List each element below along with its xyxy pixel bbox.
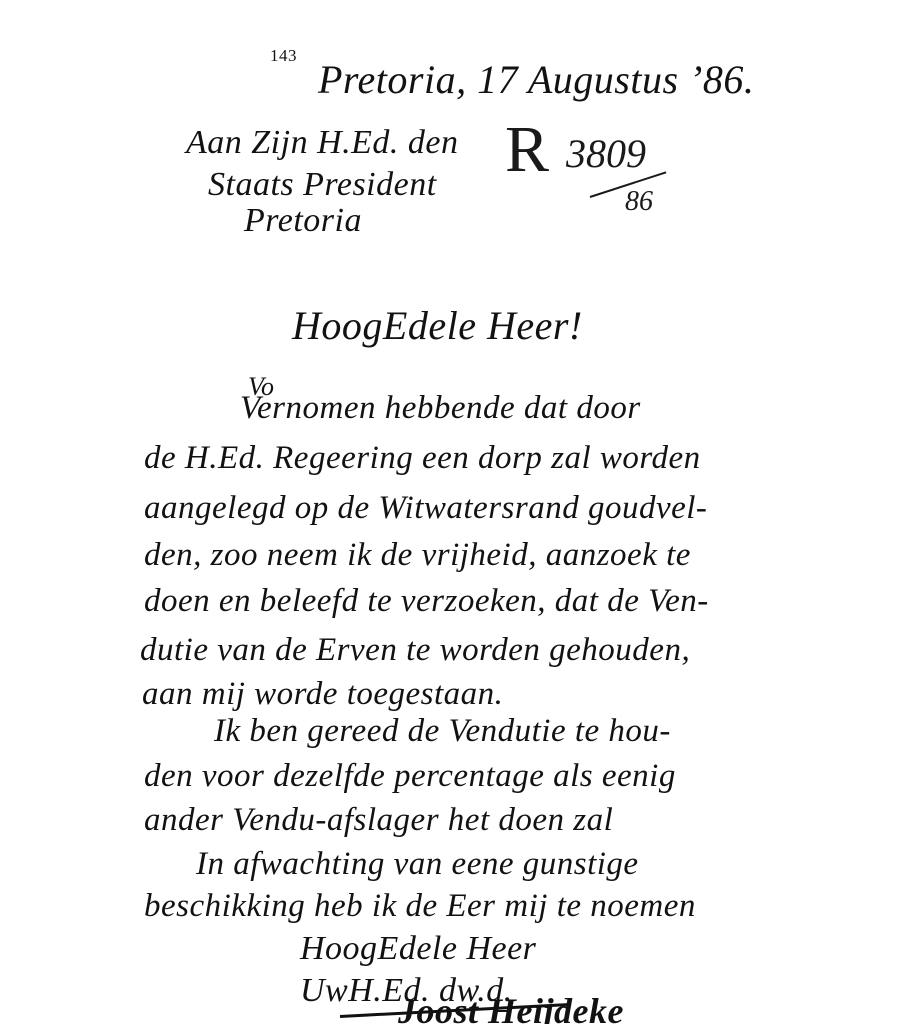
body-line: den voor dezelfde percentage als eenig — [144, 758, 676, 795]
page-number: 143 — [270, 46, 297, 66]
body-line: ander Vendu-afslager het doen zal — [144, 802, 613, 839]
addressee-line-2: Staats President — [208, 166, 437, 204]
body-line: dutie van de Erven te worden gehouden, — [140, 632, 690, 669]
body-line: doen en beleefd te verzoeken, dat de Ven… — [144, 583, 709, 620]
body-line: aangelegd op de Witwatersrand goudvel- — [144, 490, 707, 527]
body-line: In afwachting van eene gunstige — [196, 846, 639, 883]
addressee-line-3: Pretoria — [244, 202, 362, 240]
body-line: de H.Ed. Regeering een dorp zal worden — [144, 440, 701, 477]
reference-year: 86 — [625, 186, 653, 218]
addressee-line-1: Aan Zijn H.Ed. den — [186, 124, 458, 162]
reference-prefix: R — [505, 112, 549, 188]
reference-number-value: 3809 — [566, 130, 646, 177]
letter-page: 143 Pretoria, 17 Augustus ’86. Aan Zijn … — [0, 0, 898, 1024]
salutation: HoogEdele Heer! — [292, 302, 583, 349]
dateline: Pretoria, 17 Augustus ’86. — [318, 56, 754, 103]
body-line: beschikking heb ik de Eer mij te noemen — [144, 888, 696, 925]
closing-line-1: HoogEdele Heer — [300, 930, 536, 968]
body-line: den, zoo neem ik de vrijheid, aanzoek te — [144, 537, 691, 574]
body-line: Vernomen hebbende dat door — [240, 390, 641, 427]
body-line: aan mij worde toegestaan. — [142, 676, 503, 713]
body-line: Ik ben gereed de Vendutie te hou- — [214, 713, 671, 750]
